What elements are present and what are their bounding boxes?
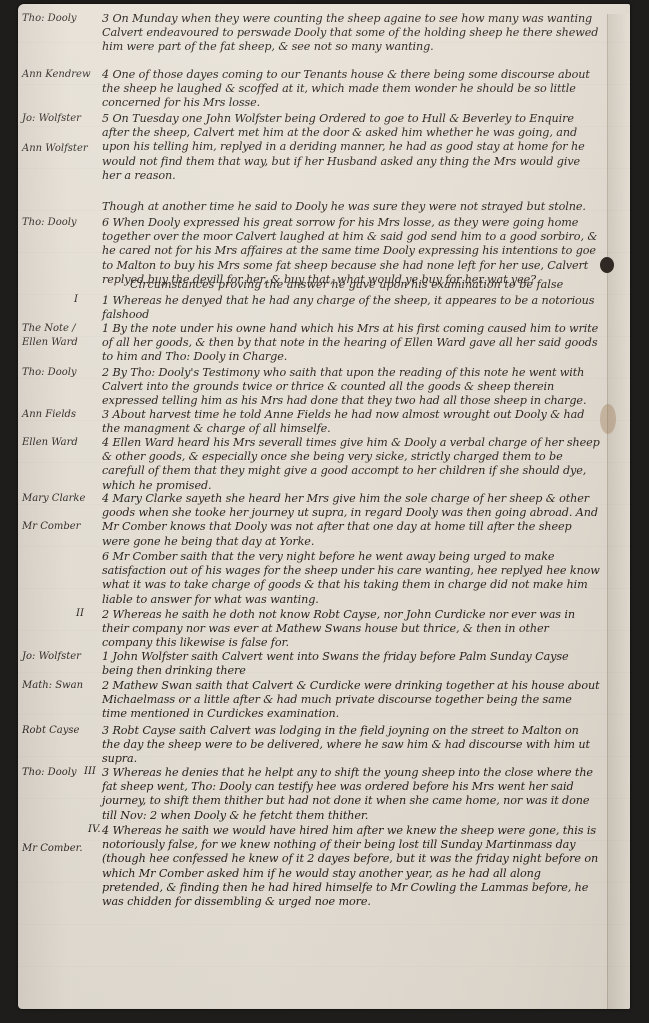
- entry-text: 3 About harvest time he told Anne Fields…: [102, 408, 600, 436]
- margin-name: Ann Wolfster: [22, 142, 104, 156]
- section-heading: Circumstances proving the answer he gave…: [130, 278, 600, 291]
- roman-numeral: I: [74, 294, 78, 305]
- entry-text: 1 By the note under his owne hand which …: [102, 322, 600, 365]
- entry-text: 2 Whereas he saith he doth not know Robt…: [102, 608, 600, 651]
- entry-text: Though at another time he said to Dooly …: [102, 200, 600, 214]
- margin-name: Ann Fields: [22, 408, 104, 422]
- roman-numeral: III: [84, 766, 96, 777]
- entry-text: 1 John Wolfster saith Calvert went into …: [102, 650, 600, 678]
- margin-name: Ann Kendrew: [22, 68, 104, 82]
- adjacent-page-edge: [607, 14, 630, 1009]
- roman-numeral: II: [76, 608, 84, 619]
- entry-text: 3 On Munday when they were counting the …: [102, 12, 600, 55]
- entry-text: 1 Whereas he denyed that he had any char…: [102, 294, 600, 322]
- margin-name: Mr Comber.: [22, 842, 104, 856]
- entry-text: 3 Whereas he denies that he helpt any to…: [102, 766, 600, 823]
- margin-name: Mr Comber: [22, 520, 104, 534]
- margin-name: Jo: Wolfster: [22, 650, 104, 664]
- manuscript-page: Tho: Dooly 3 On Munday when they were co…: [18, 4, 630, 1009]
- roman-numeral: IV.: [88, 824, 101, 835]
- margin-name: Mary Clarke: [22, 492, 104, 506]
- margin-name: Tho: Dooly: [22, 12, 104, 26]
- entry-text: 5 On Tuesday one John Wolfster being Ord…: [102, 112, 600, 183]
- entry-text: 4 Mary Clarke sayeth she heard her Mrs g…: [102, 492, 600, 549]
- entry-text: 4 Whereas he saith we would have hired h…: [102, 824, 600, 909]
- margin-name: Math: Swan: [22, 679, 104, 693]
- margin-name: Ellen Ward: [22, 436, 104, 450]
- entry-text: 4 Ellen Ward heard his Mrs severall time…: [102, 436, 600, 493]
- margin-name: Tho: Dooly: [22, 216, 104, 230]
- margin-name: Robt Cayse: [22, 724, 104, 738]
- entry-text: 2 Mathew Swan saith that Calvert & Curdi…: [102, 679, 600, 722]
- margin-name: Jo: Wolfster: [22, 112, 104, 126]
- entry-text: 3 Robt Cayse saith Calvert was lodging i…: [102, 724, 600, 767]
- ink-blot: [600, 257, 614, 273]
- paper-stain: [600, 404, 616, 434]
- entry-text: 6 When Dooly expressed his great sorrow …: [102, 216, 600, 287]
- margin-name: The Note / Ellen Ward: [22, 322, 104, 350]
- entry-text: 4 One of those dayes coming to our Tenan…: [102, 68, 600, 111]
- entry-text: 6 Mr Comber saith that the very night be…: [102, 550, 600, 607]
- entry-text: 2 By Tho: Dooly's Testimony who saith th…: [102, 366, 600, 409]
- margin-name: Tho: Dooly: [22, 366, 104, 380]
